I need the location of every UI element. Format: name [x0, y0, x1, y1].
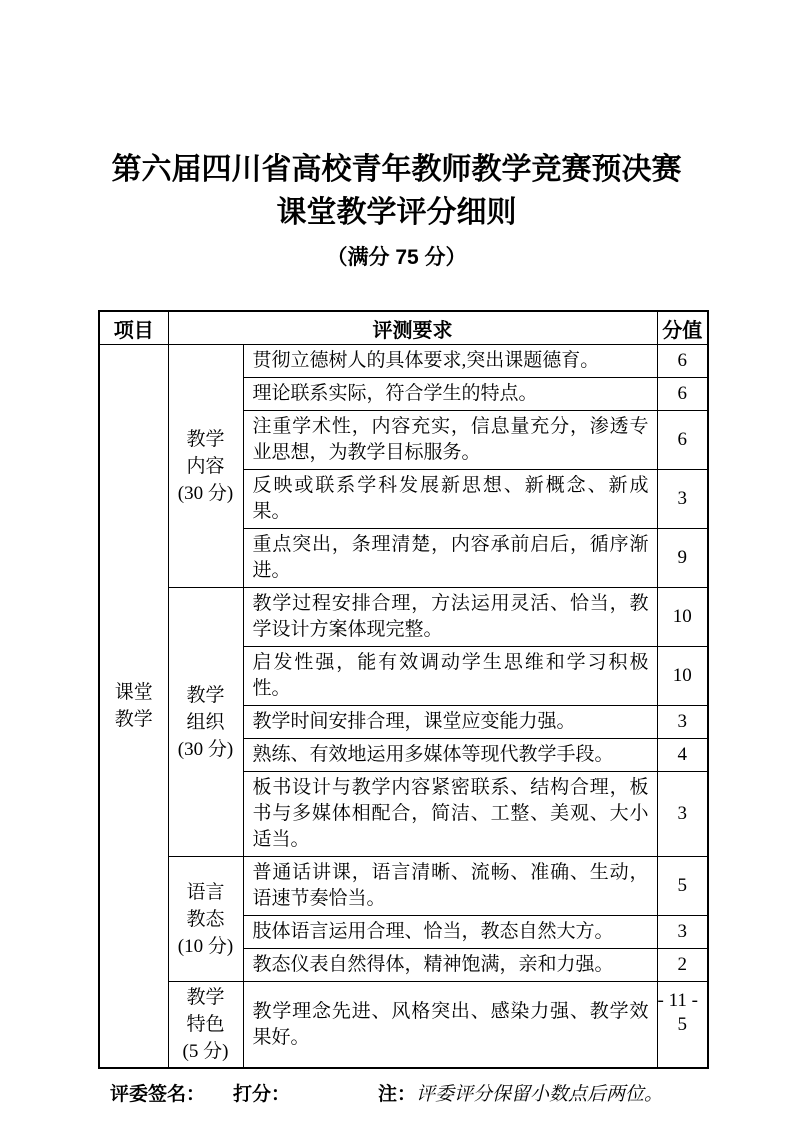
- score-cell: 3: [657, 706, 708, 739]
- requirement-cell: 教学理念先进、风格突出、感染力强、教学效果好。: [243, 982, 657, 1069]
- requirement-cell: 教学过程安排合理，方法运用灵活、恰当，教学设计方案体现完整。: [243, 588, 657, 647]
- requirement-cell: 教态仪表自然得体，精神饱满，亲和力强。: [243, 949, 657, 982]
- group-cell: 教学特色(5 分): [168, 982, 243, 1069]
- requirement-cell: 普通话讲课，语言清晰、流畅、准确、生动，语速节奏恰当。: [243, 857, 657, 916]
- page-title-line2: 课堂教学评分细则: [0, 191, 793, 234]
- cell-text-line: 教学: [169, 682, 243, 709]
- page-number: - 11 -: [658, 990, 698, 1012]
- note: 注：评委评分保留小数点后两位。: [378, 1079, 663, 1106]
- score-cell: 6: [657, 411, 708, 470]
- page-subtitle: （满分 75 分）: [0, 246, 793, 270]
- cell-text-line: 组织: [169, 709, 243, 736]
- table-row: 课堂教学教学内容(30 分)贯彻立德树人的具体要求,突出课题德育。6: [99, 345, 708, 378]
- score-cell: 9: [657, 529, 708, 588]
- score-label: 打分：: [233, 1079, 290, 1106]
- score-cell: 10: [657, 647, 708, 706]
- score-cell: 3: [657, 470, 708, 529]
- group-cell: 语言教态(10 分): [168, 857, 243, 982]
- col-header-score: 分值: [657, 311, 708, 345]
- score-cell: 4: [657, 739, 708, 772]
- cell-text-line: 课堂: [100, 679, 168, 706]
- page-title-line1: 第六届四川省高校青年教师教学竞赛预决赛: [0, 148, 793, 191]
- cell-text-line: (5 分): [169, 1038, 243, 1065]
- table-row: 教学组织(30 分)教学过程安排合理，方法运用灵活、恰当，教学设计方案体现完整。…: [99, 588, 708, 647]
- cell-text-line: 内容: [169, 453, 243, 480]
- requirement-cell: 重点突出，条理清楚，内容承前启后，循序渐进。: [243, 529, 657, 588]
- score-cell: 6: [657, 378, 708, 411]
- cell-text-line: 教学: [169, 426, 243, 453]
- group-cell: 教学组织(30 分): [168, 588, 243, 857]
- document-page: 第六届四川省高校青年教师教学竞赛预决赛 课堂教学评分细则 （满分 75 分） 项…: [0, 0, 793, 1122]
- scoring-rubric-table: 项目 评测要求 分值 课堂教学教学内容(30 分)贯彻立德树人的具体要求,突出课…: [98, 310, 709, 1069]
- requirement-cell: 熟练、有效地运用多媒体等现代教学手段。: [243, 739, 657, 772]
- cell-text-line: 教学: [169, 984, 243, 1011]
- judge-signature-label: 评委签名：: [110, 1079, 205, 1106]
- col-header-requirement: 评测要求: [168, 311, 657, 345]
- cell-text-line: (10 分): [169, 933, 243, 960]
- note-text: 评委评分保留小数点后两位。: [416, 1084, 663, 1105]
- requirement-cell: 教学时间安排合理，课堂应变能力强。: [243, 706, 657, 739]
- requirement-cell: 贯彻立德树人的具体要求,突出课题德育。: [243, 345, 657, 378]
- requirement-cell: 肢体语言运用合理、恰当，教态自然大方。: [243, 916, 657, 949]
- col-header-item: 项目: [99, 311, 168, 345]
- footer-line: 评委签名： 打分： 注：评委评分保留小数点后两位。: [98, 1079, 793, 1106]
- requirement-cell: 反映或联系学科发展新思想、新概念、新成果。: [243, 470, 657, 529]
- group-cell: 教学内容(30 分): [168, 345, 243, 588]
- cell-text-line: 特色: [169, 1011, 243, 1038]
- table-row: 语言教态(10 分)普通话讲课，语言清晰、流畅、准确、生动，语速节奏恰当。5: [99, 857, 708, 916]
- requirement-cell: 理论联系实际，符合学生的特点。: [243, 378, 657, 411]
- score-cell: 3: [657, 916, 708, 949]
- note-prefix: 注：: [378, 1084, 416, 1105]
- score-cell: 5: [657, 857, 708, 916]
- score-cell: 2: [657, 949, 708, 982]
- item-cell: 课堂教学: [99, 345, 168, 1069]
- cell-text-line: (30 分): [169, 480, 243, 507]
- score-cell: 6: [657, 345, 708, 378]
- cell-text-line: 教学: [100, 706, 168, 733]
- requirement-cell: 板书设计与教学内容紧密联系、结构合理，板书与多媒体相配合，简洁、工整、美观、大小…: [243, 772, 657, 857]
- score-cell: 3: [657, 772, 708, 857]
- score-cell: 10: [657, 588, 708, 647]
- requirement-cell: 启发性强，能有效调动学生思维和学习积极性。: [243, 647, 657, 706]
- cell-text-line: 教态: [169, 906, 243, 933]
- cell-text-line: (30 分): [169, 736, 243, 763]
- cell-text-line: 语言: [169, 879, 243, 906]
- table-row: 教学特色(5 分)教学理念先进、风格突出、感染力强、教学效果好。5: [99, 982, 708, 1069]
- requirement-cell: 注重学术性，内容充实，信息量充分，渗透专业思想，为教学目标服务。: [243, 411, 657, 470]
- table-header-row: 项目 评测要求 分值: [99, 311, 708, 345]
